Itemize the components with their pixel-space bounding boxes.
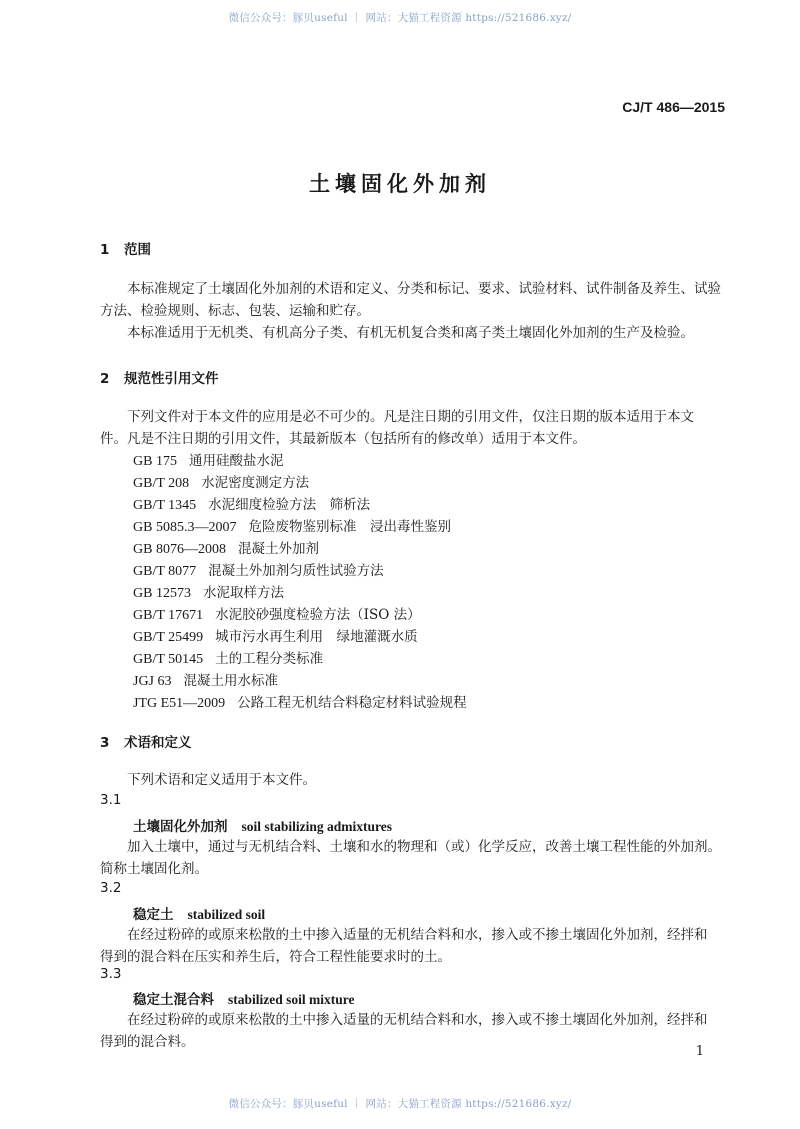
reference-title: 混凝土外加剂匀质性试验方法 xyxy=(208,563,384,579)
text-line: 在经过粉碎的或原来松散的土中掺入适量的无机结合料和水，掺入或不掺土壤固化外加剂，… xyxy=(100,1009,740,1031)
reference-code: JTG E51—2009 xyxy=(133,696,225,711)
section-number: 2 xyxy=(100,371,124,387)
reference-title: 公路工程无机结合料稳定材料试验规程 xyxy=(237,695,467,711)
reference-item: GB/T 25499城市污水再生利用 绿地灌溉水质 xyxy=(133,625,418,646)
section-title: 规范性引用文件 xyxy=(124,371,219,387)
text-line: 件。凡是不注日期的引用文件，其最新版本（包括所有的修改单）适用于本文件。 xyxy=(100,428,740,450)
section-2-intro: 下列文件对于本文件的应用是必不可少的。凡是注日期的引用文件，仅注日期的版本适用于… xyxy=(100,406,740,450)
reference-title: 危险废物鉴别标准 浸出毒性鉴别 xyxy=(248,519,451,535)
reference-title: 水泥细度检验方法 筛析法 xyxy=(208,497,370,513)
reference-code: GB 12573 xyxy=(133,586,191,601)
reference-title: 水泥胶砂强度检验方法（ISO 法） xyxy=(215,607,420,623)
section-2-heading: 2规范性引用文件 xyxy=(100,367,219,387)
section-title: 范围 xyxy=(124,242,151,258)
term-heading: 土壤固化外加剂soil stabilizing admixtures xyxy=(133,815,392,835)
reference-item: JGJ 63混凝土用水标准 xyxy=(133,669,278,690)
text-line: 加入土壤中，通过与无机结合料、土壤和水的物理和（或）化学反应，改善土壤工程性能的… xyxy=(100,836,740,858)
section-3-heading: 3术语和定义 xyxy=(100,731,192,751)
text-line: 简称土壤固化剂。 xyxy=(100,858,740,880)
reference-code: GB/T 1345 xyxy=(133,498,196,513)
reference-item: GB/T 1345水泥细度检验方法 筛析法 xyxy=(133,493,370,514)
reference-title: 混凝土外加剂 xyxy=(238,541,319,557)
text-line: 在经过粉碎的或原来松散的土中掺入适量的无机结合料和水，掺入或不掺土壤固化外加剂，… xyxy=(100,924,740,946)
reference-code: GB/T 50145 xyxy=(133,652,203,667)
term-zh: 土壤固化外加剂 xyxy=(133,819,228,835)
text-line: 本标准规定了土壤固化外加剂的术语和定义、分类和标记、要求、试验材料、试件制备及养… xyxy=(100,278,740,300)
reference-item: GB 12573水泥取样方法 xyxy=(133,581,284,602)
reference-code: JGJ 63 xyxy=(133,674,172,689)
section-1-scope-paragraph: 本标准规定了土壤固化外加剂的术语和定义、分类和标记、要求、试验材料、试件制备及养… xyxy=(100,278,740,344)
reference-item: GB 175通用硅酸盐水泥 xyxy=(133,449,283,470)
reference-item: GB 8076—2008混凝土外加剂 xyxy=(133,537,319,558)
document-title: 土壤固化外加剂 xyxy=(0,168,800,198)
section-title: 术语和定义 xyxy=(124,735,192,751)
text-line: 方法、检验规则、标志、包装、运输和贮存。 xyxy=(100,300,740,322)
text-line: 下列术语和定义适用于本文件。 xyxy=(100,769,740,791)
reference-title: 水泥取样方法 xyxy=(203,585,284,601)
reference-item: GB/T 8077混凝土外加剂匀质性试验方法 xyxy=(133,559,384,580)
text-line: 得到的混合料。 xyxy=(100,1031,740,1053)
reference-item: GB 5085.3—2007危险废物鉴别标准 浸出毒性鉴别 xyxy=(133,515,451,536)
standard-number: CJ/T 486—2015 xyxy=(622,99,725,115)
page-number: 1 xyxy=(696,1044,704,1059)
reference-title: 水泥密度测定方法 xyxy=(201,475,309,491)
text-line: 得到的混合料在压实和养生后，符合工程性能要求时的土。 xyxy=(100,946,740,968)
clause-number: 3.2 xyxy=(100,880,121,896)
term-en: soil stabilizing admixtures xyxy=(242,819,393,834)
section-number: 1 xyxy=(100,242,124,258)
term-heading: 稳定土混合料stabilized soil mixture xyxy=(133,988,355,1008)
term-definition: 在经过粉碎的或原来松散的土中掺入适量的无机结合料和水，掺入或不掺土壤固化外加剂，… xyxy=(100,1009,740,1053)
watermark-bottom: 微信公众号：豚贝useful ｜ 网站：大猫工程资源 https://52168… xyxy=(0,1096,800,1111)
term-heading: 稳定土stabilized soil xyxy=(133,903,265,923)
term-en: stabilized soil xyxy=(188,907,266,922)
term-zh: 稳定土混合料 xyxy=(133,992,214,1008)
reference-code: GB 8076—2008 xyxy=(133,542,226,557)
reference-item: GB/T 17671水泥胶砂强度检验方法（ISO 法） xyxy=(133,603,421,624)
reference-title: 城市污水再生利用 绿地灌溉水质 xyxy=(215,629,418,645)
section-1-heading: 1范围 xyxy=(100,238,151,258)
term-definition: 加入土壤中，通过与无机结合料、土壤和水的物理和（或）化学反应，改善土壤工程性能的… xyxy=(100,836,740,880)
term-definition: 在经过粉碎的或原来松散的土中掺入适量的无机结合料和水，掺入或不掺土壤固化外加剂，… xyxy=(100,924,740,968)
section-number: 3 xyxy=(100,735,124,751)
reference-item: JTG E51—2009公路工程无机结合料稳定材料试验规程 xyxy=(133,691,467,712)
reference-title: 混凝土用水标准 xyxy=(184,673,279,689)
term-zh: 稳定土 xyxy=(133,907,174,923)
clause-number: 3.3 xyxy=(100,966,121,982)
watermark-top: 微信公众号：豚贝useful ｜ 网站：大猫工程资源 https://52168… xyxy=(0,10,800,25)
reference-code: GB/T 8077 xyxy=(133,564,196,579)
reference-item: GB/T 50145土的工程分类标准 xyxy=(133,647,323,668)
section-3-intro: 下列术语和定义适用于本文件。 xyxy=(100,769,740,791)
reference-code: GB 5085.3—2007 xyxy=(133,520,236,535)
reference-code: GB/T 208 xyxy=(133,476,189,491)
reference-code: GB 175 xyxy=(133,454,177,469)
clause-number: 3.1 xyxy=(100,792,121,808)
reference-code: GB/T 25499 xyxy=(133,630,203,645)
term-en: stabilized soil mixture xyxy=(228,992,355,1007)
reference-title: 土的工程分类标准 xyxy=(215,651,323,667)
reference-title: 通用硅酸盐水泥 xyxy=(189,453,284,469)
text-line: 下列文件对于本文件的应用是必不可少的。凡是注日期的引用文件，仅注日期的版本适用于… xyxy=(100,406,740,428)
reference-code: GB/T 17671 xyxy=(133,608,203,623)
reference-item: GB/T 208水泥密度测定方法 xyxy=(133,471,309,492)
text-line: 本标准适用于无机类、有机高分子类、有机无机复合类和离子类土壤固化外加剂的生产及检… xyxy=(100,322,740,344)
